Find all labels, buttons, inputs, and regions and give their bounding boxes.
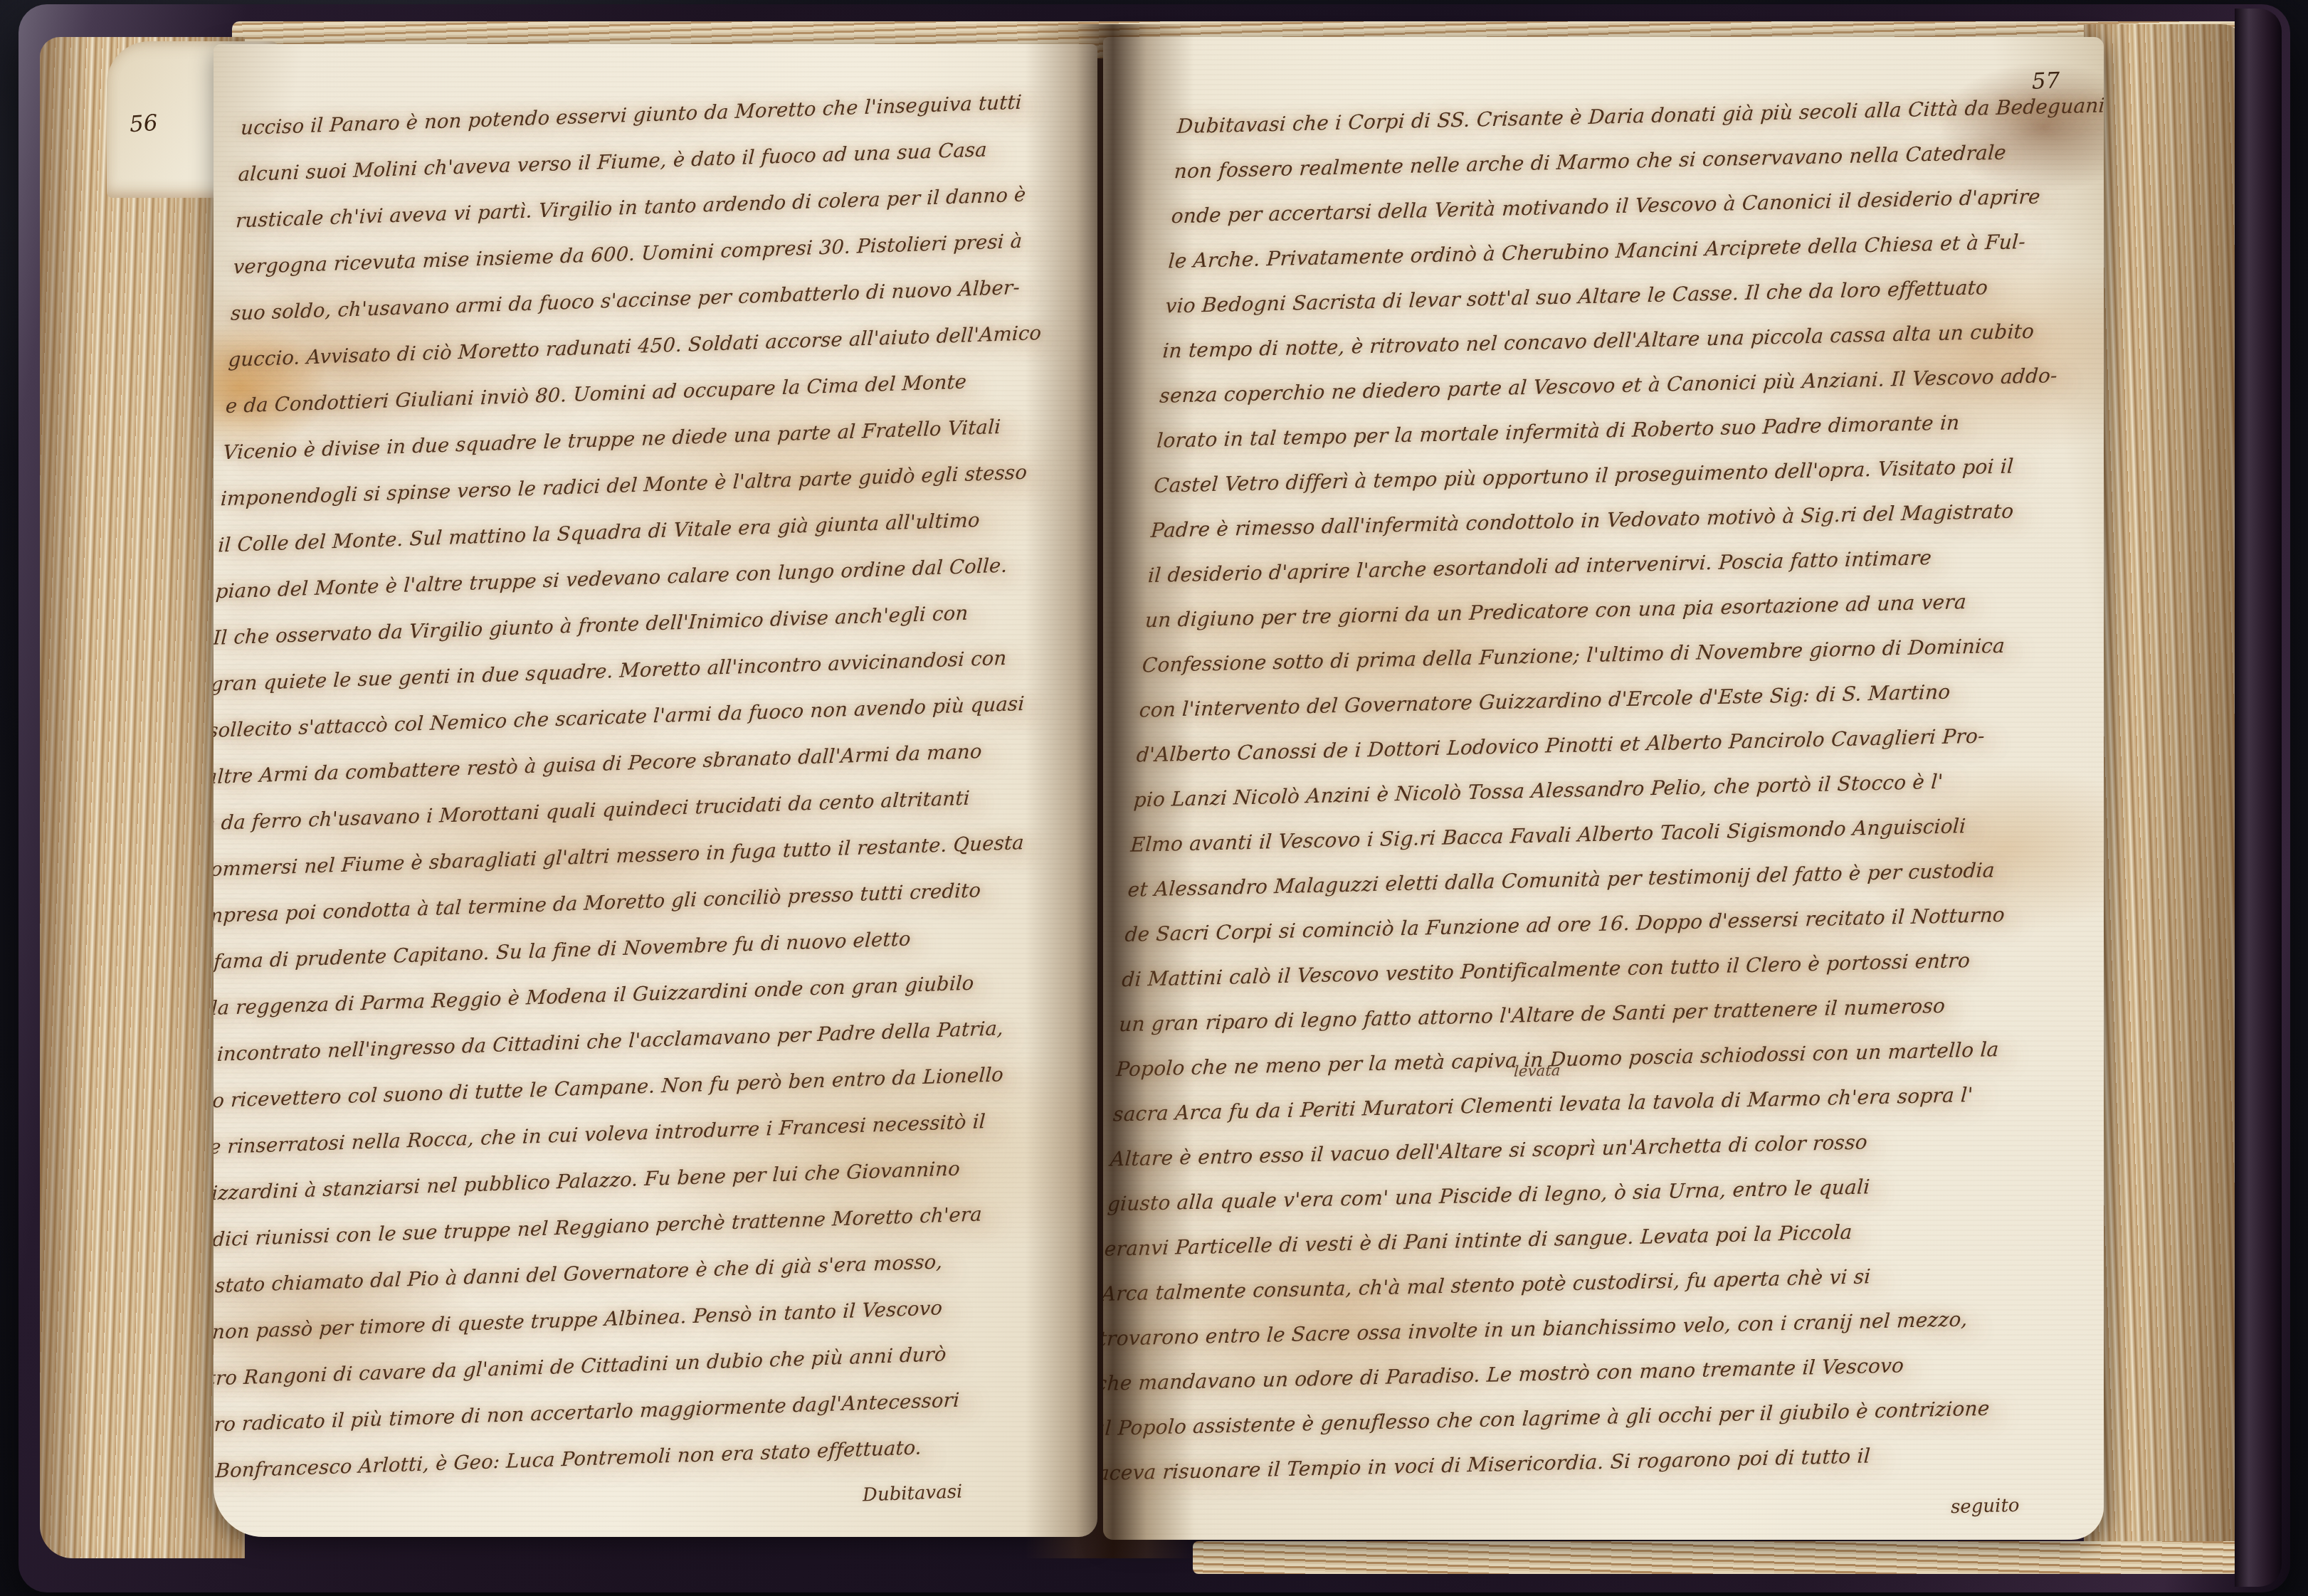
interlinear-correction: levata [1513,1062,1561,1080]
book-cover-right-edge [2235,9,2282,1587]
manuscript-left-page: ucciso il Panaro è non potendo esservi g… [214,44,1097,1537]
manuscript-right-page: levata Dubitavasi che i Corpi di SS. Cri… [1103,37,2104,1540]
page-stack-right-fore-edge [2084,24,2245,1563]
right-page-text: levata Dubitavasi che i Corpi di SS. Cri… [1103,83,2088,1496]
left-page-text: ucciso il Panaro è non potendo esservi g… [214,78,1074,1496]
page-number-56: 56 [129,110,159,138]
open-manuscript-book: ucciso il Panaro è non potendo esservi g… [19,4,2290,1592]
left-page-catchword: Dubitavasi [862,1481,962,1506]
page-stack-bottom-edge [1193,1541,2239,1574]
right-page-catchword: seguito [1951,1495,2020,1518]
page-number-57: 57 [2031,68,2060,94]
